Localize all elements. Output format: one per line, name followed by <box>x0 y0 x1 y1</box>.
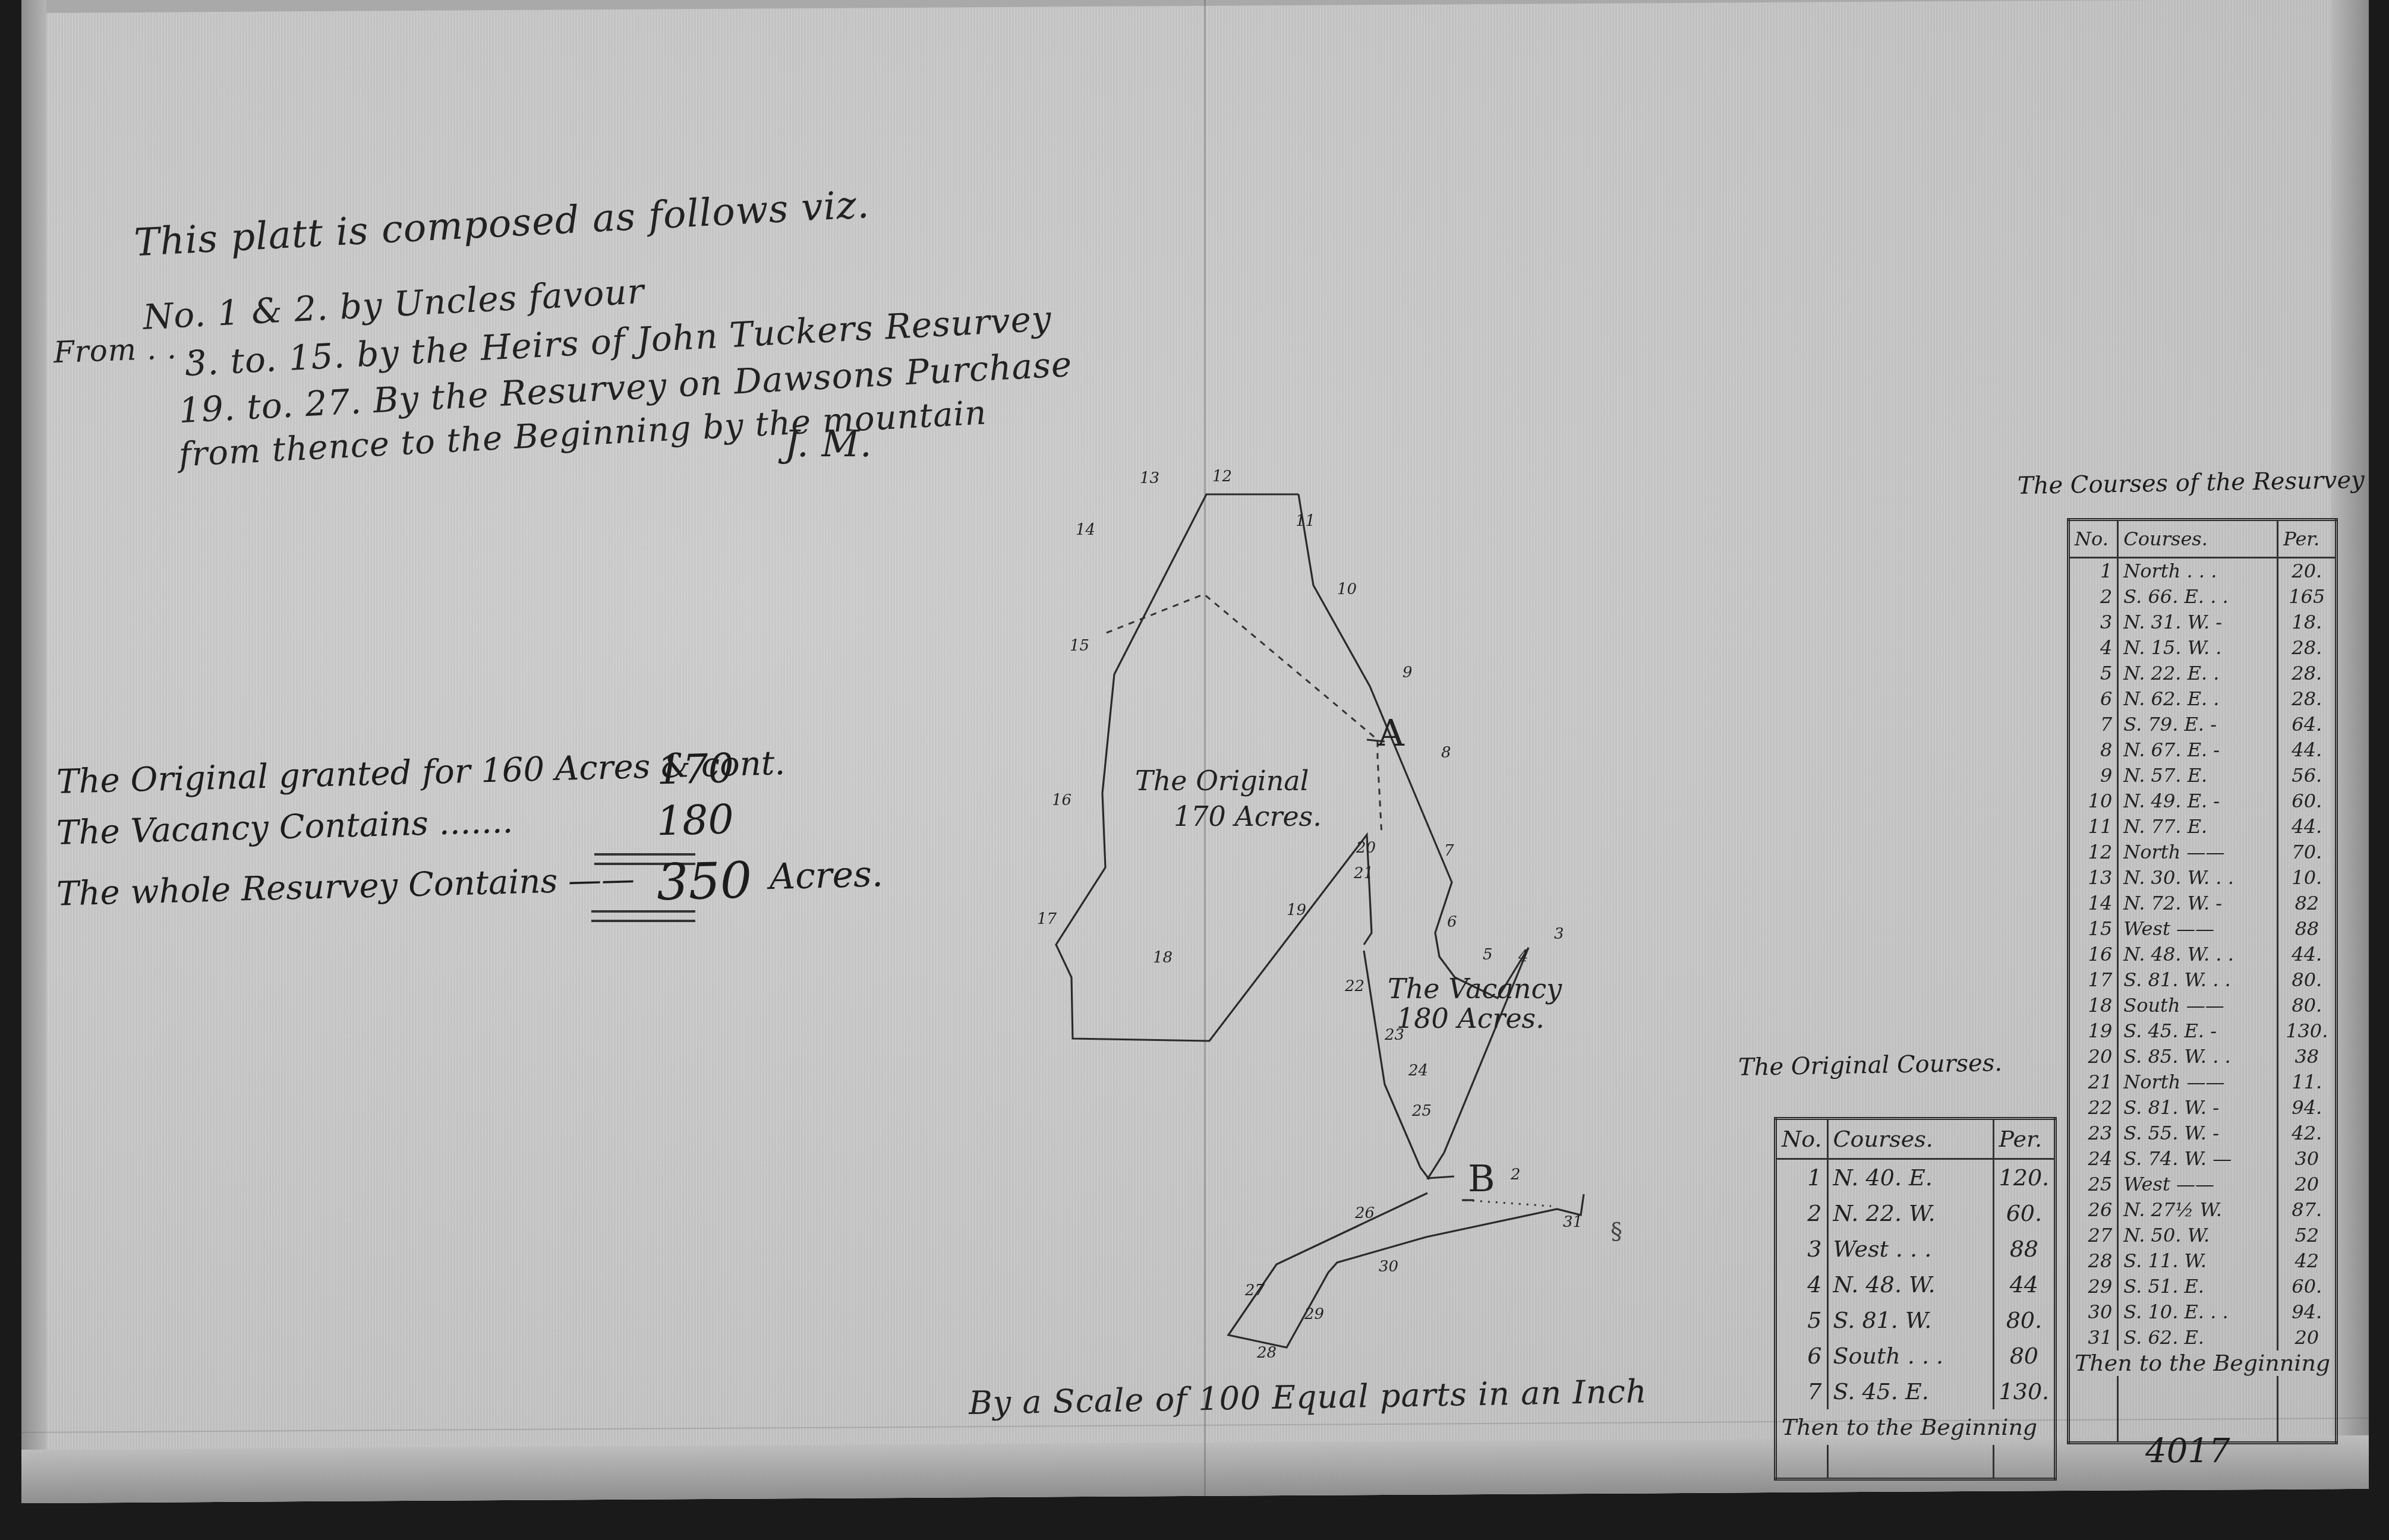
table-row: 8N. 67. E. -44. <box>2069 737 2337 763</box>
resurvey-courses-table: No. Courses. Per. 1North . . .20. 2S. 66… <box>2067 518 2338 1444</box>
cell-per: 70. <box>2278 840 2337 865</box>
table-row: 5N. 22. E. .28. <box>2069 661 2337 686</box>
cell-no: 8 <box>2069 737 2118 763</box>
cell-no: 15 <box>2069 916 2118 942</box>
cell-no: 28 <box>2069 1248 2118 1274</box>
cell-no: 26 <box>2069 1197 2118 1223</box>
table-row: 7S. 79. E. -64. <box>2069 712 2337 737</box>
cell-course: N. 48. W. <box>1827 1267 1993 1302</box>
cell-course: S. 74. W. — <box>2118 1146 2278 1172</box>
line-label-23: 23 <box>1384 1026 1404 1044</box>
table-row: 17S. 81. W. . .80. <box>2069 967 2337 993</box>
cell-no: 1 <box>2069 558 2118 585</box>
line-label-13: 13 <box>1140 469 1159 487</box>
col-header-per: Per. <box>2278 520 2337 558</box>
cell-no: 7 <box>1776 1374 1828 1409</box>
cell-no: 17 <box>2069 967 2118 993</box>
line-label-14: 14 <box>1076 521 1095 539</box>
cell-no: 30 <box>2069 1299 2118 1325</box>
line-label-8: 8 <box>1441 744 1451 762</box>
line-label-6: 6 <box>1447 913 1457 931</box>
cell-per: 42. <box>2278 1121 2337 1146</box>
table-row: 3West . . .88 <box>1776 1231 2056 1267</box>
cell-no: 16 <box>2069 942 2118 967</box>
line-label-4: 4 <box>1518 948 1528 965</box>
cell-no: 2 <box>1776 1195 1828 1231</box>
table-row: 21North ——11. <box>2069 1069 2337 1095</box>
ink-flourish-mark: § <box>1610 1218 1622 1245</box>
closing-line-dotted <box>1465 1200 1551 1206</box>
line-label-10: 10 <box>1337 580 1357 598</box>
cell-no: 10 <box>2069 788 2118 814</box>
table-row: 6South . . .80 <box>1776 1338 2056 1374</box>
cell-course: S. 45. E. - <box>2118 1018 2278 1044</box>
table-row: 29S. 51. E.60. <box>2069 1274 2337 1299</box>
line-label-29: 29 <box>1304 1305 1324 1323</box>
boundary-lines-right <box>1298 494 1528 998</box>
cell-course: N. 57. E. <box>2118 763 2278 788</box>
table-row: 22S. 81. W. -94. <box>2069 1095 2337 1121</box>
cell-per: 88 <box>1993 1231 2056 1267</box>
cell-no: 2 <box>2069 584 2118 610</box>
cell-per: 20 <box>2278 1325 2337 1350</box>
cell-course: S. 85. W. . . <box>2118 1044 2278 1069</box>
original-line-dashed <box>1107 594 1382 835</box>
cell-per: 80 <box>1993 1338 2056 1374</box>
cell-course: West —— <box>2118 916 2278 942</box>
table-row: 14N. 72. W. -82 <box>2069 891 2337 916</box>
cell-no: 9 <box>2069 763 2118 788</box>
cell-course: S. 55. W. - <box>2118 1121 2278 1146</box>
cell-no: 6 <box>2069 686 2118 712</box>
table-row: 11N. 77. E.44. <box>2069 814 2337 840</box>
table-header-row: No. Courses. Per. <box>1776 1119 2056 1159</box>
table-row: 26N. 27½ W.87. <box>2069 1197 2337 1223</box>
line-label-20: 20 <box>1356 839 1376 857</box>
cell-per: 28. <box>2278 661 2337 686</box>
cell-course: West . . . <box>1827 1231 1993 1267</box>
line-label-27: 27 <box>1244 1282 1265 1299</box>
cell-course: North —— <box>2118 840 2278 865</box>
line-label-18: 18 <box>1153 949 1173 967</box>
table-row: 24S. 74. W. —30 <box>2069 1146 2337 1172</box>
cell-course: North —— <box>2118 1069 2278 1095</box>
cell-course: S. 10. E. . . <box>2118 1299 2278 1325</box>
cell-per: 64. <box>2278 712 2337 737</box>
cell-no: 4 <box>1776 1267 1828 1302</box>
cell-course: N. 22. E. . <box>2118 661 2278 686</box>
cell-course: S. 62. E. <box>2118 1325 2278 1350</box>
cell-course: S. 81. W. . . <box>2118 967 2278 993</box>
line-label-26: 26 <box>1354 1204 1375 1222</box>
line-label-17: 17 <box>1037 910 1057 928</box>
cell-per: 44 <box>1993 1267 2056 1302</box>
table-row: 4N. 15. W. .28. <box>2069 635 2337 661</box>
corner-marker-a: A <box>1377 711 1405 755</box>
table-row: 27N. 50. W.52 <box>2069 1223 2337 1248</box>
cell-per: 18. <box>2278 610 2337 635</box>
cell-course: N. 72. W. - <box>2118 891 2278 916</box>
cell-per: 130. <box>1993 1374 2056 1409</box>
line-label-24: 24 <box>1408 1062 1428 1080</box>
line-label-15: 15 <box>1070 637 1089 655</box>
cell-no: 27 <box>2069 1223 2118 1248</box>
cell-no: 23 <box>2069 1121 2118 1146</box>
cell-course: N. 77. E. <box>2118 814 2278 840</box>
cell-course: N. 62. E. . <box>2118 686 2278 712</box>
cell-course: West —— <box>2118 1172 2278 1197</box>
cell-per: 20. <box>2278 558 2337 585</box>
cell-course: N. 48. W. . . <box>2118 942 2278 967</box>
cell-per: 56. <box>2278 763 2337 788</box>
table-row: 31S. 62. E.20 <box>2069 1325 2337 1350</box>
col-header-no: No. <box>1776 1119 1828 1159</box>
cell-per: 80. <box>2278 967 2337 993</box>
corner-marker-b: B <box>1468 1157 1495 1200</box>
cell-course: N. 30. W. . . <box>2118 865 2278 891</box>
table-row: 1North . . .20. <box>2069 558 2337 585</box>
cell-course: S. 11. W. <box>2118 1248 2278 1274</box>
cell-course: S. 81. W. - <box>2118 1095 2278 1121</box>
cell-course: S. 51. E. <box>2118 1274 2278 1299</box>
cell-no: 18 <box>2069 993 2118 1018</box>
table-row: 3N. 31. W. -18. <box>2069 610 2337 635</box>
table-row: 2S. 66. E. . .165 <box>2069 584 2337 610</box>
col-header-no: No. <box>2069 520 2118 558</box>
table-row: 13N. 30. W. . .10. <box>2069 865 2337 891</box>
cell-no: 19 <box>2069 1018 2118 1044</box>
cell-no: 3 <box>1776 1231 1828 1267</box>
cell-course: N. 15. W. . <box>2118 635 2278 661</box>
table-row: 23S. 55. W. -42. <box>2069 1121 2337 1146</box>
cell-course: N. 27½ W. <box>2118 1197 2278 1223</box>
table-row: 30S. 10. E. . .94. <box>2069 1299 2337 1325</box>
document-number: 4017 <box>2145 1432 2230 1470</box>
area-label-vacancy-2: 180 Acres. <box>1397 1002 1545 1034</box>
cell-no: 12 <box>2069 840 2118 865</box>
line-label-25: 25 <box>1411 1102 1432 1120</box>
closing-text: Then to the Beginning <box>1776 1409 2056 1445</box>
line-label-7: 7 <box>1444 842 1454 860</box>
cell-per: 87. <box>2278 1197 2337 1223</box>
cell-per: 165 <box>2278 584 2337 610</box>
line-label-21: 21 <box>1353 864 1373 882</box>
area-label-original-1: The Original <box>1135 765 1309 797</box>
table-row: 1N. 40. E.120. <box>1776 1159 2056 1196</box>
cell-no: 1 <box>1776 1159 1828 1196</box>
table-row: 20S. 85. W. . .38 <box>2069 1044 2337 1069</box>
cell-course: S. 79. E. - <box>2118 712 2278 737</box>
area-label-original-2: 170 Acres. <box>1174 800 1322 832</box>
cell-course: N. 50. W. <box>2118 1223 2278 1248</box>
cell-no: 5 <box>2069 661 2118 686</box>
cell-no: 6 <box>1776 1338 1828 1374</box>
cell-per: 20 <box>2278 1172 2337 1197</box>
original-courses-table: No. Courses. Per. 1N. 40. E.120. 2N. 22.… <box>1774 1117 2057 1481</box>
cell-no: 11 <box>2069 814 2118 840</box>
cell-course: N. 40. E. <box>1827 1159 1993 1196</box>
cell-per: 44. <box>2278 814 2337 840</box>
cell-per: 28. <box>2278 686 2337 712</box>
line-label-2: 2 <box>1510 1166 1521 1184</box>
cell-no: 24 <box>2069 1146 2118 1172</box>
cell-no: 13 <box>2069 865 2118 891</box>
cell-per: 42 <box>2278 1248 2337 1274</box>
cell-per: 60. <box>2278 1274 2337 1299</box>
cell-no: 25 <box>2069 1172 2118 1197</box>
table-row: 18South ——80. <box>2069 993 2337 1018</box>
table-row: 7S. 45. E.130. <box>1776 1374 2056 1409</box>
table-closing-row: Then to the Beginning <box>1776 1409 2056 1445</box>
cell-per: 60. <box>2278 788 2337 814</box>
cell-no: 3 <box>2069 610 2118 635</box>
table-row: 15West ——88 <box>2069 916 2337 942</box>
table-filler <box>1776 1445 2056 1479</box>
cell-course: S. 66. E. . . <box>2118 584 2278 610</box>
line-label-12: 12 <box>1212 468 1232 485</box>
cell-no: 21 <box>2069 1069 2118 1095</box>
line-label-3: 3 <box>1554 925 1564 943</box>
col-header-course: Courses. <box>1827 1119 1993 1159</box>
line-label-22: 22 <box>1344 977 1364 995</box>
cell-no: 22 <box>2069 1095 2118 1121</box>
table-row: 6N. 62. E. .28. <box>2069 686 2337 712</box>
cell-no: 14 <box>2069 891 2118 916</box>
line-label-28: 28 <box>1256 1344 1277 1362</box>
cell-per: 94. <box>2278 1299 2337 1325</box>
table-closing-row: Then to the Beginning <box>2069 1350 2337 1376</box>
cell-per: 88 <box>2278 916 2337 942</box>
cell-per: 82 <box>2278 891 2337 916</box>
cell-no: 31 <box>2069 1325 2118 1350</box>
cell-per: 44. <box>2278 737 2337 763</box>
table-row: 12North ——70. <box>2069 840 2337 865</box>
boundary-lines-lower <box>1228 1193 1584 1347</box>
original-courses-caption: The Original Courses. <box>1738 1049 2003 1081</box>
cell-course: N. 67. E. - <box>2118 737 2278 763</box>
cell-no: 7 <box>2069 712 2118 737</box>
table-row: 4N. 48. W.44 <box>1776 1267 2056 1302</box>
cell-per: 130. <box>2278 1018 2337 1044</box>
cell-per: 80. <box>2278 993 2337 1018</box>
cell-course: South . . . <box>1827 1338 1993 1374</box>
table-row: 10N. 49. E. -60. <box>2069 788 2337 814</box>
line-label-19: 19 <box>1287 901 1306 919</box>
cell-per: 30 <box>2278 1146 2337 1172</box>
cell-per: 10. <box>2278 865 2337 891</box>
cell-per: 60. <box>1993 1195 2056 1231</box>
cell-per: 11. <box>2278 1069 2337 1095</box>
table-row: 5S. 81. W.80. <box>1776 1302 2056 1338</box>
cell-per: 28. <box>2278 635 2337 661</box>
table-row: 2N. 22. W.60. <box>1776 1195 2056 1231</box>
cell-per: 52 <box>2278 1223 2337 1248</box>
cell-course: North . . . <box>2118 558 2278 585</box>
col-header-per: Per. <box>1993 1119 2056 1159</box>
cell-per: 80. <box>1993 1302 2056 1338</box>
table-header-row: No. Courses. Per. <box>2069 520 2337 558</box>
table-row: 28S. 11. W.42 <box>2069 1248 2337 1274</box>
table-row: 19S. 45. E. -130. <box>2069 1018 2337 1044</box>
cell-per: 94. <box>2278 1095 2337 1121</box>
cell-no: 20 <box>2069 1044 2118 1069</box>
line-label-16: 16 <box>1052 791 1071 809</box>
cell-per: 38 <box>2278 1044 2337 1069</box>
cell-course: N. 49. E. - <box>2118 788 2278 814</box>
cell-course: South —— <box>2118 993 2278 1018</box>
line-label-30: 30 <box>1379 1258 1398 1276</box>
cell-course: S. 81. W. <box>1827 1302 1993 1338</box>
col-header-course: Courses. <box>2118 520 2278 558</box>
cell-per: 44. <box>2278 942 2337 967</box>
table-row: 16N. 48. W. . .44. <box>2069 942 2337 967</box>
cell-no: 5 <box>1776 1302 1828 1338</box>
cell-course: N. 31. W. - <box>2118 610 2278 635</box>
closing-text: Then to the Beginning <box>2069 1350 2337 1376</box>
cell-course: N. 22. W. <box>1827 1195 1993 1231</box>
table-row: 25West ——20 <box>2069 1172 2337 1197</box>
cell-per: 120. <box>1993 1159 2056 1196</box>
cell-no: 4 <box>2069 635 2118 661</box>
area-label-vacancy-1: The Vacancy <box>1388 973 1562 1005</box>
cell-course: S. 45. E. <box>1827 1374 1993 1409</box>
line-label-31: 31 <box>1563 1213 1583 1231</box>
line-label-9: 9 <box>1402 664 1413 681</box>
table-row: 9N. 57. E.56. <box>2069 763 2337 788</box>
line-label-11: 11 <box>1296 512 1315 530</box>
cell-no: 29 <box>2069 1274 2118 1299</box>
line-label-5: 5 <box>1483 946 1493 964</box>
